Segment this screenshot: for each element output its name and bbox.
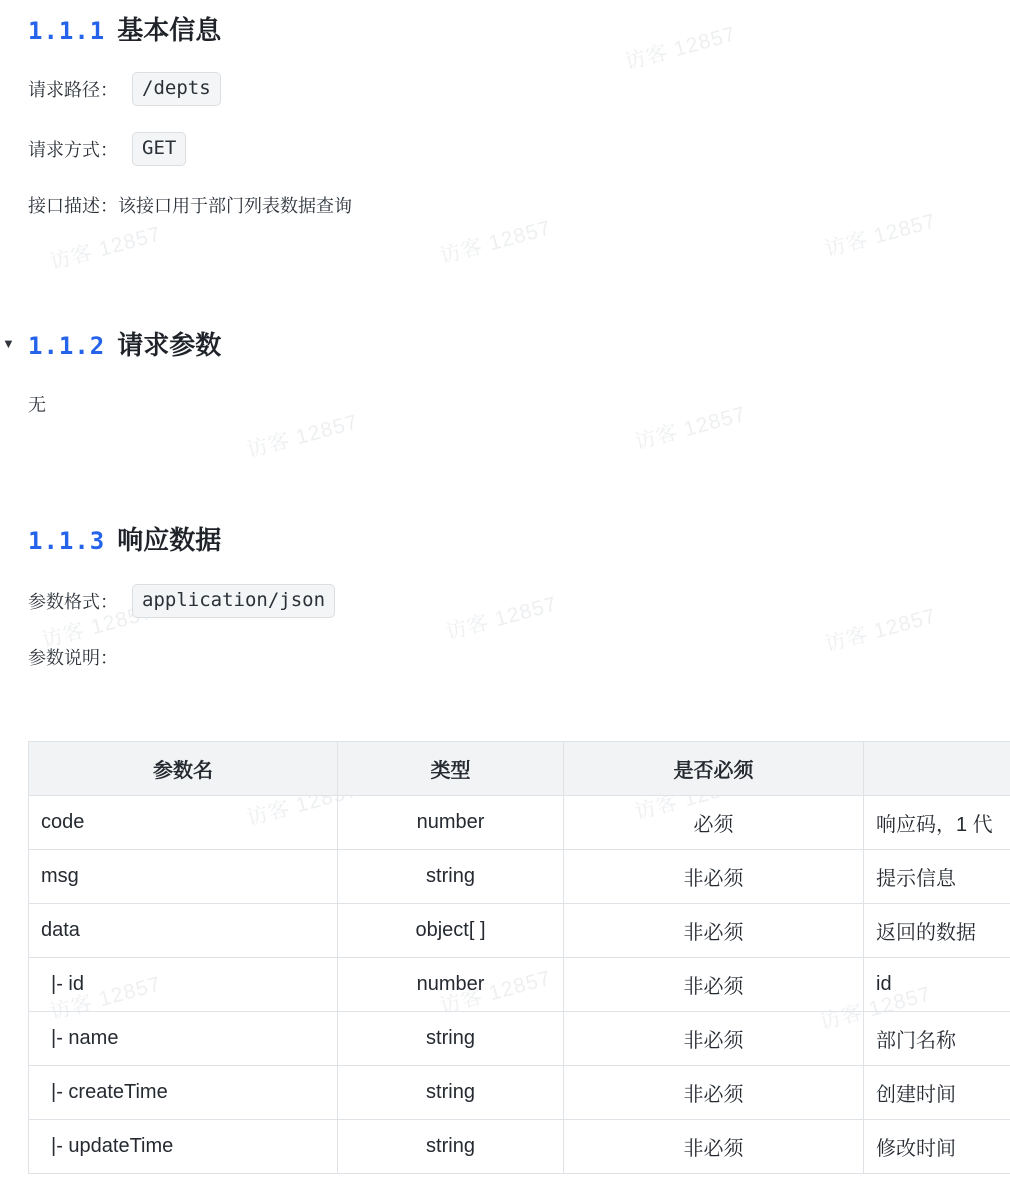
request-method-label: 请求方式： (28, 136, 118, 162)
table-row: |- updateTime string 非必须 修改时间 (29, 1120, 1010, 1174)
cell-required: 非必须 (564, 850, 864, 904)
cell-required: 必须 (564, 796, 864, 850)
request-method-value-badge: GET (132, 132, 186, 166)
table-row: |- createTime string 非必须 创建时间 (29, 1066, 1010, 1120)
cell-remark: 修改时间 (864, 1120, 1010, 1174)
cell-type: string (338, 850, 564, 904)
section-heading-basic-info: 1.1.1基本信息 (28, 12, 1010, 49)
request-path-value-badge: /depts (132, 72, 221, 106)
api-description-value: 该接口用于部门列表数据查询 (118, 196, 352, 216)
cell-remark: 创建时间 (864, 1066, 1010, 1120)
cell-type: number (338, 796, 564, 850)
response-params-table: 参数名 类型 是否必须 code number 必须 响应码，1 代 msg s… (28, 741, 1010, 1174)
cell-remark: 提示信息 (864, 850, 1010, 904)
cell-param-name: |- name (29, 1012, 338, 1066)
doc-content: 1.1.1基本信息 请求路径： /depts 请求方式： GET 接口描述：该接… (0, 0, 1010, 1174)
section-heading-request-params: ▼ 1.1.2请求参数 (28, 327, 1010, 364)
table-row: msg string 非必须 提示信息 (29, 850, 1010, 904)
request-path-label: 请求路径： (28, 76, 118, 102)
cell-type: string (338, 1120, 564, 1174)
section-title: 请求参数 (117, 330, 221, 360)
col-header-type: 类型 (338, 742, 564, 796)
section-title: 响应数据 (117, 525, 221, 555)
section-number: 1.1.1 (28, 17, 105, 45)
section-heading-response-data: 1.1.3响应数据 (28, 522, 1010, 559)
request-params-empty: 无 (28, 392, 1010, 418)
table-row: code number 必须 响应码，1 代 (29, 796, 1010, 850)
cell-required: 非必须 (564, 958, 864, 1012)
cell-param-name: |- id (29, 958, 338, 1012)
cell-required: 非必须 (564, 1120, 864, 1174)
cell-param-name: |- updateTime (29, 1120, 338, 1174)
cell-required: 非必须 (564, 1012, 864, 1066)
cell-type: string (338, 1012, 564, 1066)
cell-param-name: |- createTime (29, 1066, 338, 1120)
request-path-line: 请求路径： /depts (28, 73, 1010, 105)
cell-param-name: code (29, 796, 338, 850)
param-format-value-badge: application/json (132, 584, 335, 618)
param-format-label: 参数格式： (28, 588, 118, 614)
cell-remark: 部门名称 (864, 1012, 1010, 1066)
cell-remark: id (864, 958, 1010, 1012)
cell-remark: 返回的数据 (864, 904, 1010, 958)
cell-type: string (338, 1066, 564, 1120)
table-header-row: 参数名 类型 是否必须 (29, 742, 1010, 796)
cell-type: number (338, 958, 564, 1012)
col-header-remark (864, 742, 1010, 796)
section-number: 1.1.3 (28, 527, 105, 555)
section-number: 1.1.2 (28, 332, 105, 360)
cell-required: 非必须 (564, 1066, 864, 1120)
api-description-label: 接口描述： (28, 196, 118, 216)
table-row: |- id number 非必须 id (29, 958, 1010, 1012)
table-row: |- name string 非必须 部门名称 (29, 1012, 1010, 1066)
collapse-triangle-icon[interactable]: ▼ (2, 337, 15, 350)
request-method-line: 请求方式： GET (28, 133, 1010, 165)
cell-remark: 响应码，1 代 (864, 796, 1010, 850)
cell-required: 非必须 (564, 904, 864, 958)
cell-type: object[ ] (338, 904, 564, 958)
api-doc-page: 访客 12857 访客 12857 访客 12857 访客 12857 访客 1… (0, 0, 1010, 1181)
cell-param-name: data (29, 904, 338, 958)
api-description-line: 接口描述：该接口用于部门列表数据查询 (28, 193, 1010, 219)
param-desc-label: 参数说明： (28, 645, 1010, 671)
cell-param-name: msg (29, 850, 338, 904)
table-row: data object[ ] 非必须 返回的数据 (29, 904, 1010, 958)
col-header-param-name: 参数名 (29, 742, 338, 796)
param-format-line: 参数格式： application/json (28, 585, 1010, 617)
section-title: 基本信息 (117, 15, 221, 45)
col-header-required: 是否必须 (564, 742, 864, 796)
